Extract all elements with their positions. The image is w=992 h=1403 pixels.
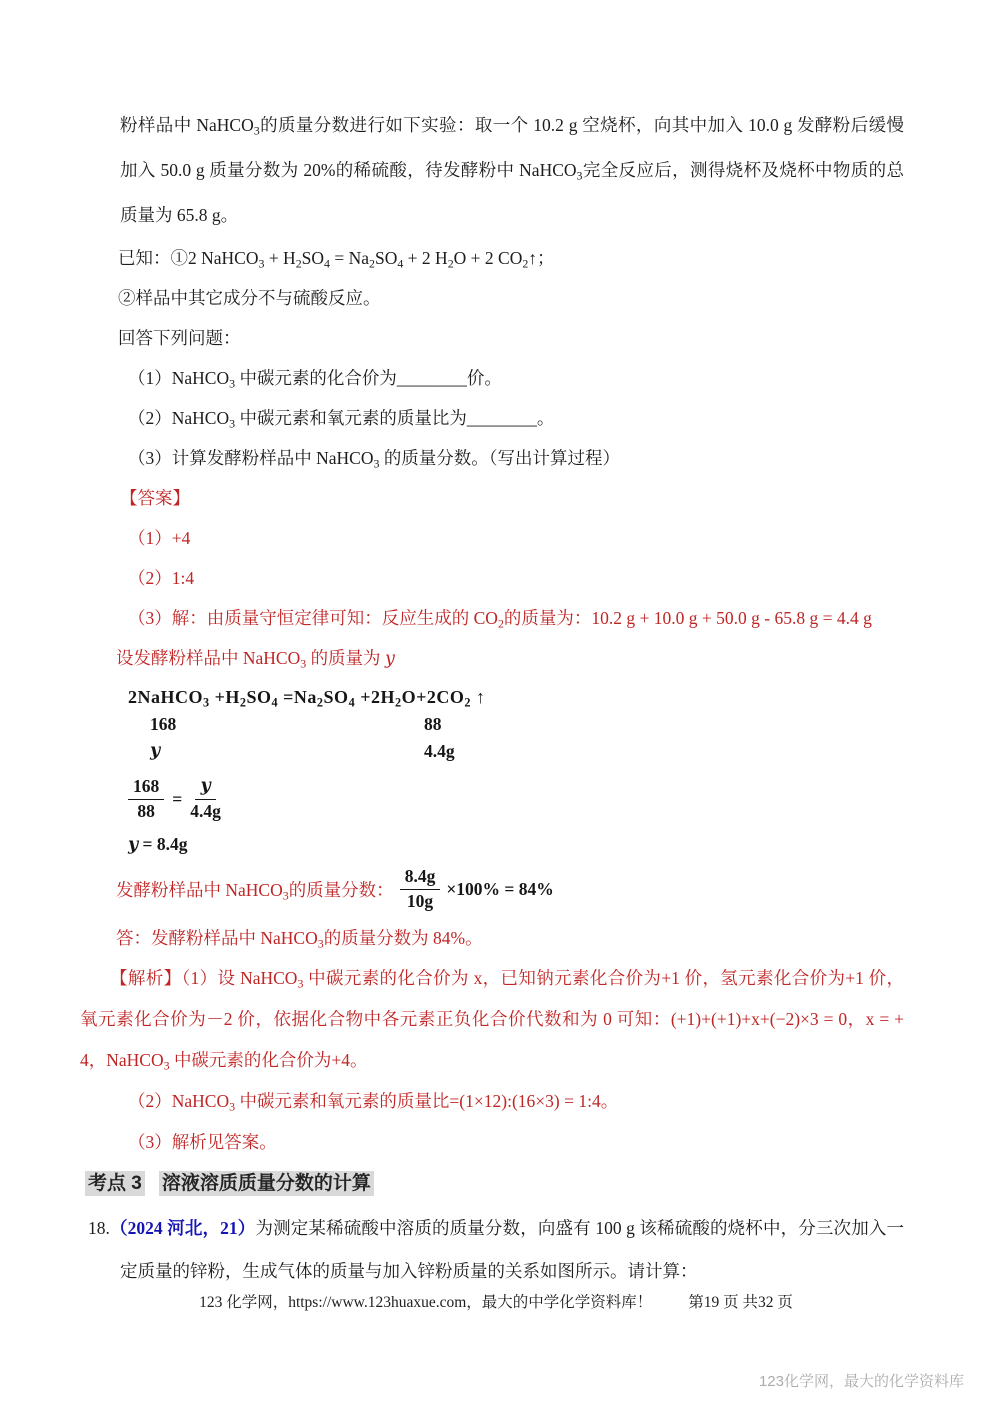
solve-result: y = 8.4g [128, 829, 904, 860]
molar-mass-row: 168 88 [128, 711, 904, 738]
document-page: 粉样品中 NaHCO3的质量分数进行如下实验：取一个 10.2 g 空烧杯，向其… [0, 0, 992, 1293]
proportion-right-denominator: 4.4g [190, 800, 221, 821]
mass-fraction-line: 发酵粉样品中 NaHCO3的质量分数： 8.4g 10g ×100% = 84% [116, 860, 904, 918]
topic-title: 溶液溶质质量分数的计算 [159, 1171, 374, 1196]
balanced-equation: 2NaHCO3 +H2SO4 =Na2SO4 +2H2O+2CO2 ↑ [128, 683, 904, 711]
answer-conclusion: 答：发酵粉样品中 NaHCO3的质量分数为 84%。 [116, 918, 904, 958]
question17-sub3: （3）计算发酵粉样品中 NaHCO3 的质量分数。（写出计算过程） [128, 438, 904, 478]
result-variable: y [128, 835, 138, 855]
mass-fraction-fraction: 8.4g 10g [400, 867, 441, 911]
mass-unknown-y: y [150, 738, 160, 765]
question17-known-equation: 已知：①2 NaHCO3 + H2SO4 = Na2SO4 + 2 H2O + … [118, 238, 904, 278]
result-value: = 8.4g [138, 834, 187, 854]
footer-site-info: 123 化学网，https://www.123huaxue.com，最大的中学化… [199, 1294, 652, 1311]
assumption-variable: y [385, 649, 395, 669]
question17-sub2: （2）NaHCO3 中碳元素和氧元素的质量比为________。 [128, 398, 904, 438]
answer-sub2: （2）1:4 [128, 558, 904, 598]
analysis-label: 【解析】 [110, 968, 181, 988]
actual-mass-row: y 4.4g [128, 738, 904, 765]
answer-label: 【答案】 [120, 478, 904, 518]
analysis-part2: （2）NaHCO3 中碳元素和氧元素的质量比=(1×12):(16×3) = 1… [128, 1081, 904, 1122]
mass-fraction-label: 发酵粉样品中 NaHCO3的质量分数： [116, 877, 394, 902]
mass-fraction-numerator: 8.4g [400, 867, 441, 889]
mass-co2-value: 4.4g [424, 738, 455, 765]
proportion-equals: = [172, 789, 182, 810]
topic-number: 考点 3 [85, 1171, 145, 1196]
stoichiometry-block: 2NaHCO3 +H2SO4 =Na2SO4 +2H2O+2CO2 ↑ 168 … [128, 683, 904, 860]
answer-assumption: 设发酵粉样品中 NaHCO3 的质量为 y [116, 638, 904, 679]
mass-fraction-result: ×100% = 84% [446, 879, 553, 900]
proportion-right-fraction: y 4.4g [190, 777, 221, 821]
answer-sub1: （1）+4 [128, 518, 904, 558]
page-footer: 123 化学网，https://www.123huaxue.com，最大的中学化… [0, 1292, 992, 1314]
analysis-part3: （3）解析见答案。 [128, 1122, 904, 1163]
question17-sub1: （1）NaHCO3 中碳元素的化合价为________价。 [128, 358, 904, 398]
proportion-left-denominator: 88 [137, 800, 155, 821]
analysis-part1: 【解析】（1）设 NaHCO3 中碳元素的化合价为 x，已知钠元素化合价为+1 … [80, 958, 904, 1081]
footer-page-number: 第19 页 共32 页 [688, 1294, 793, 1311]
question18: 18.（2024 河北，21）为测定某稀硫酸中溶质的质量分数，向盛有 100 g… [120, 1207, 904, 1293]
topic-heading: 考点 3溶液溶质质量分数的计算 [85, 1169, 904, 1199]
proportion-left-fraction: 168 88 [128, 777, 164, 821]
question17-known-note: ②样品中其它成分不与硫酸反应。 [118, 278, 904, 318]
proportion-right-numerator: y [195, 777, 215, 799]
watermark-text: 123化学网，最大的化学资料库 [759, 1370, 964, 1391]
answer-sub3-conservation: （3）解：由质量守恒定律可知：反应生成的 CO2的质量为：10.2 g + 10… [128, 598, 904, 638]
proportion-equation: 168 88 = y 4.4g [128, 771, 904, 827]
question17-prompt: 回答下列问题： [118, 318, 904, 358]
molar-mass-nahco3: 168 [150, 711, 176, 738]
assumption-text: 设发酵粉样品中 NaHCO3 的质量为 [116, 648, 385, 668]
molar-mass-co2: 88 [424, 711, 442, 738]
proportion-left-numerator: 168 [128, 777, 164, 799]
question17-intro: 粉样品中 NaHCO3的质量分数进行如下实验：取一个 10.2 g 空烧杯，向其… [120, 103, 904, 238]
analysis-part1-text: （1）设 NaHCO3 中碳元素的化合价为 x，已知钠元素化合价为+1 价，氢元… [80, 968, 904, 1070]
question18-number: 18. [88, 1218, 110, 1238]
question18-source: （2024 河北，21） [110, 1218, 256, 1238]
mass-fraction-denominator: 10g [407, 890, 433, 911]
